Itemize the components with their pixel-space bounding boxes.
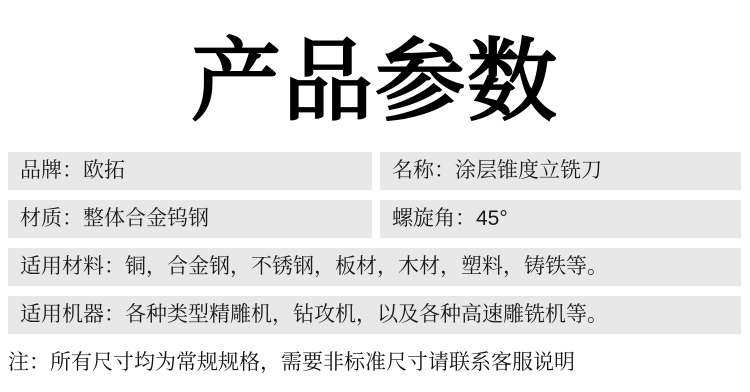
page-title: 产品参数 xyxy=(0,0,750,135)
spec-cell-applicable-materials: 适用材料：铜，合金钢，不锈钢，板材，木材，塑料，铸铁等。 xyxy=(8,248,741,286)
spec-cell-product-name: 名称：涂层锥度立铣刀 xyxy=(380,152,741,190)
spec-cell-material: 材质：整体合金钨钢 xyxy=(8,200,372,238)
spec-cell-applicable-machines: 适用机器：各种类型精雕机，钻攻机，以及各种高速雕铣机等。 xyxy=(8,296,741,334)
spec-row-4: 适用机器：各种类型精雕机，钻攻机，以及各种高速雕铣机等。 xyxy=(8,296,741,334)
spec-row-2: 材质：整体合金钨钢 螺旋角：45° xyxy=(8,200,741,238)
spec-table: 品牌：欧拓 名称：涂层锥度立铣刀 材质：整体合金钨钢 螺旋角：45° 适用材料：… xyxy=(8,152,741,334)
spec-cell-brand: 品牌：欧拓 xyxy=(8,152,372,190)
product-parameters-page: 产品参数 品牌：欧拓 名称：涂层锥度立铣刀 材质：整体合金钨钢 螺旋角：45° … xyxy=(0,0,750,392)
note-text: 注：所有尺寸均为常规规格，需要非标准尺寸请联系客服说明 xyxy=(8,350,750,375)
spec-row-1: 品牌：欧拓 名称：涂层锥度立铣刀 xyxy=(8,152,741,190)
spec-cell-helix-angle: 螺旋角：45° xyxy=(380,200,741,238)
spec-row-3: 适用材料：铜，合金钢，不锈钢，板材，木材，塑料，铸铁等。 xyxy=(8,248,741,286)
